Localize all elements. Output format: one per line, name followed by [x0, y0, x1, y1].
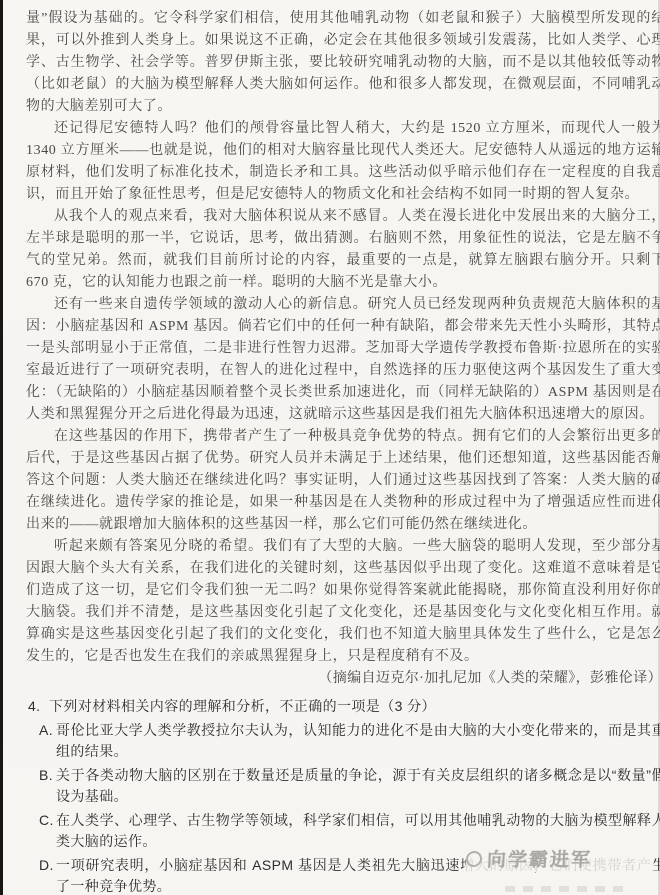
- watermark: 向学霸进军: [465, 845, 654, 872]
- passage-citation: （摘编自迈克尔·加扎尼加《人类的荣耀》，彭雅伦译）: [26, 668, 660, 690]
- option-b: B. 关于各类动物大脑的区别在于数量还是质量的争论，源于有关皮层组织的诸多概念是…: [26, 765, 660, 807]
- option-a: A. 哥伦比亚大学人类学教授拉尔夫认为，认知能力的进化不是由大脑的大小变化带来的…: [26, 720, 660, 762]
- passage-paragraph-2: 还记得尼安德特人吗？他们的颅骨容量比智人稍大，大约是 1520 立方厘米，而现代…: [26, 118, 660, 206]
- scan-smudge: [505, 886, 625, 892]
- option-b-text: 关于各类动物大脑的区别在于数量还是质量的争论，源于有关皮层组织的诸多概念是以“数…: [56, 767, 660, 804]
- option-c-text: 在人类学、心理学、古生物学等领域，科学家们相信，可以用其他哺乳动物的大脑为模型解…: [56, 812, 660, 849]
- option-a-text: 哥伦比亚大学人类学教授拉尔夫认为，认知能力的进化不是由大脑的大小变化带来的，而是…: [56, 722, 660, 759]
- option-c-label: C.: [39, 810, 54, 831]
- passage-paragraph-6: 听起来颇有答案见分晓的希望。我们有了大型的大脑。一些大脑袋的聪明人发现，至少部分…: [26, 536, 660, 668]
- passage-paragraph-3: 从我个人的观点来看，我对大脑体积说从来不感冒。人类在漫长进化中发展出来的大脑分工…: [26, 206, 660, 294]
- reading-passage: 量”假设为基础的。它令科学家们相信，使用其他哺乳动物（如老鼠和猴子）大脑模型所发…: [26, 8, 660, 690]
- question-stem: 4. 下列对材料相关内容的理解和分析，不正确的一项是（3 分）: [26, 696, 660, 717]
- question-number: 4.: [28, 696, 40, 717]
- option-b-label: B.: [39, 765, 53, 786]
- page-content: 量”假设为基础的。它令科学家们相信，使用其他哺乳动物（如老鼠和猴子）大脑模型所发…: [26, 8, 660, 895]
- option-d-label: D.: [39, 855, 54, 876]
- watermark-logo-icon: [466, 851, 483, 867]
- option-a-label: A.: [39, 720, 53, 741]
- scan-edge-left: [0, 0, 3, 895]
- scanned-exam-page: 量”假设为基础的。它令科学家们相信，使用其他哺乳动物（如老鼠和猴子）大脑模型所发…: [0, 0, 660, 895]
- passage-paragraph-4: 还有一些来自遗传学领域的激动人心的新信息。研究人员已经发现两种负责规范大脑体积的…: [26, 294, 660, 426]
- passage-paragraph-1: 量”假设为基础的。它令科学家们相信，使用其他哺乳动物（如老鼠和猴子）大脑模型所发…: [26, 8, 660, 118]
- passage-paragraph-5: 在这些基因的作用下，携带者产生了一种极具竞争优势的特点。拥有它们的人会繁衍出更多…: [26, 426, 660, 536]
- question-stem-text: 下列对材料相关内容的理解和分析，不正确的一项是（3 分）: [49, 698, 436, 714]
- watermark-text: 向学霸进军: [486, 845, 592, 872]
